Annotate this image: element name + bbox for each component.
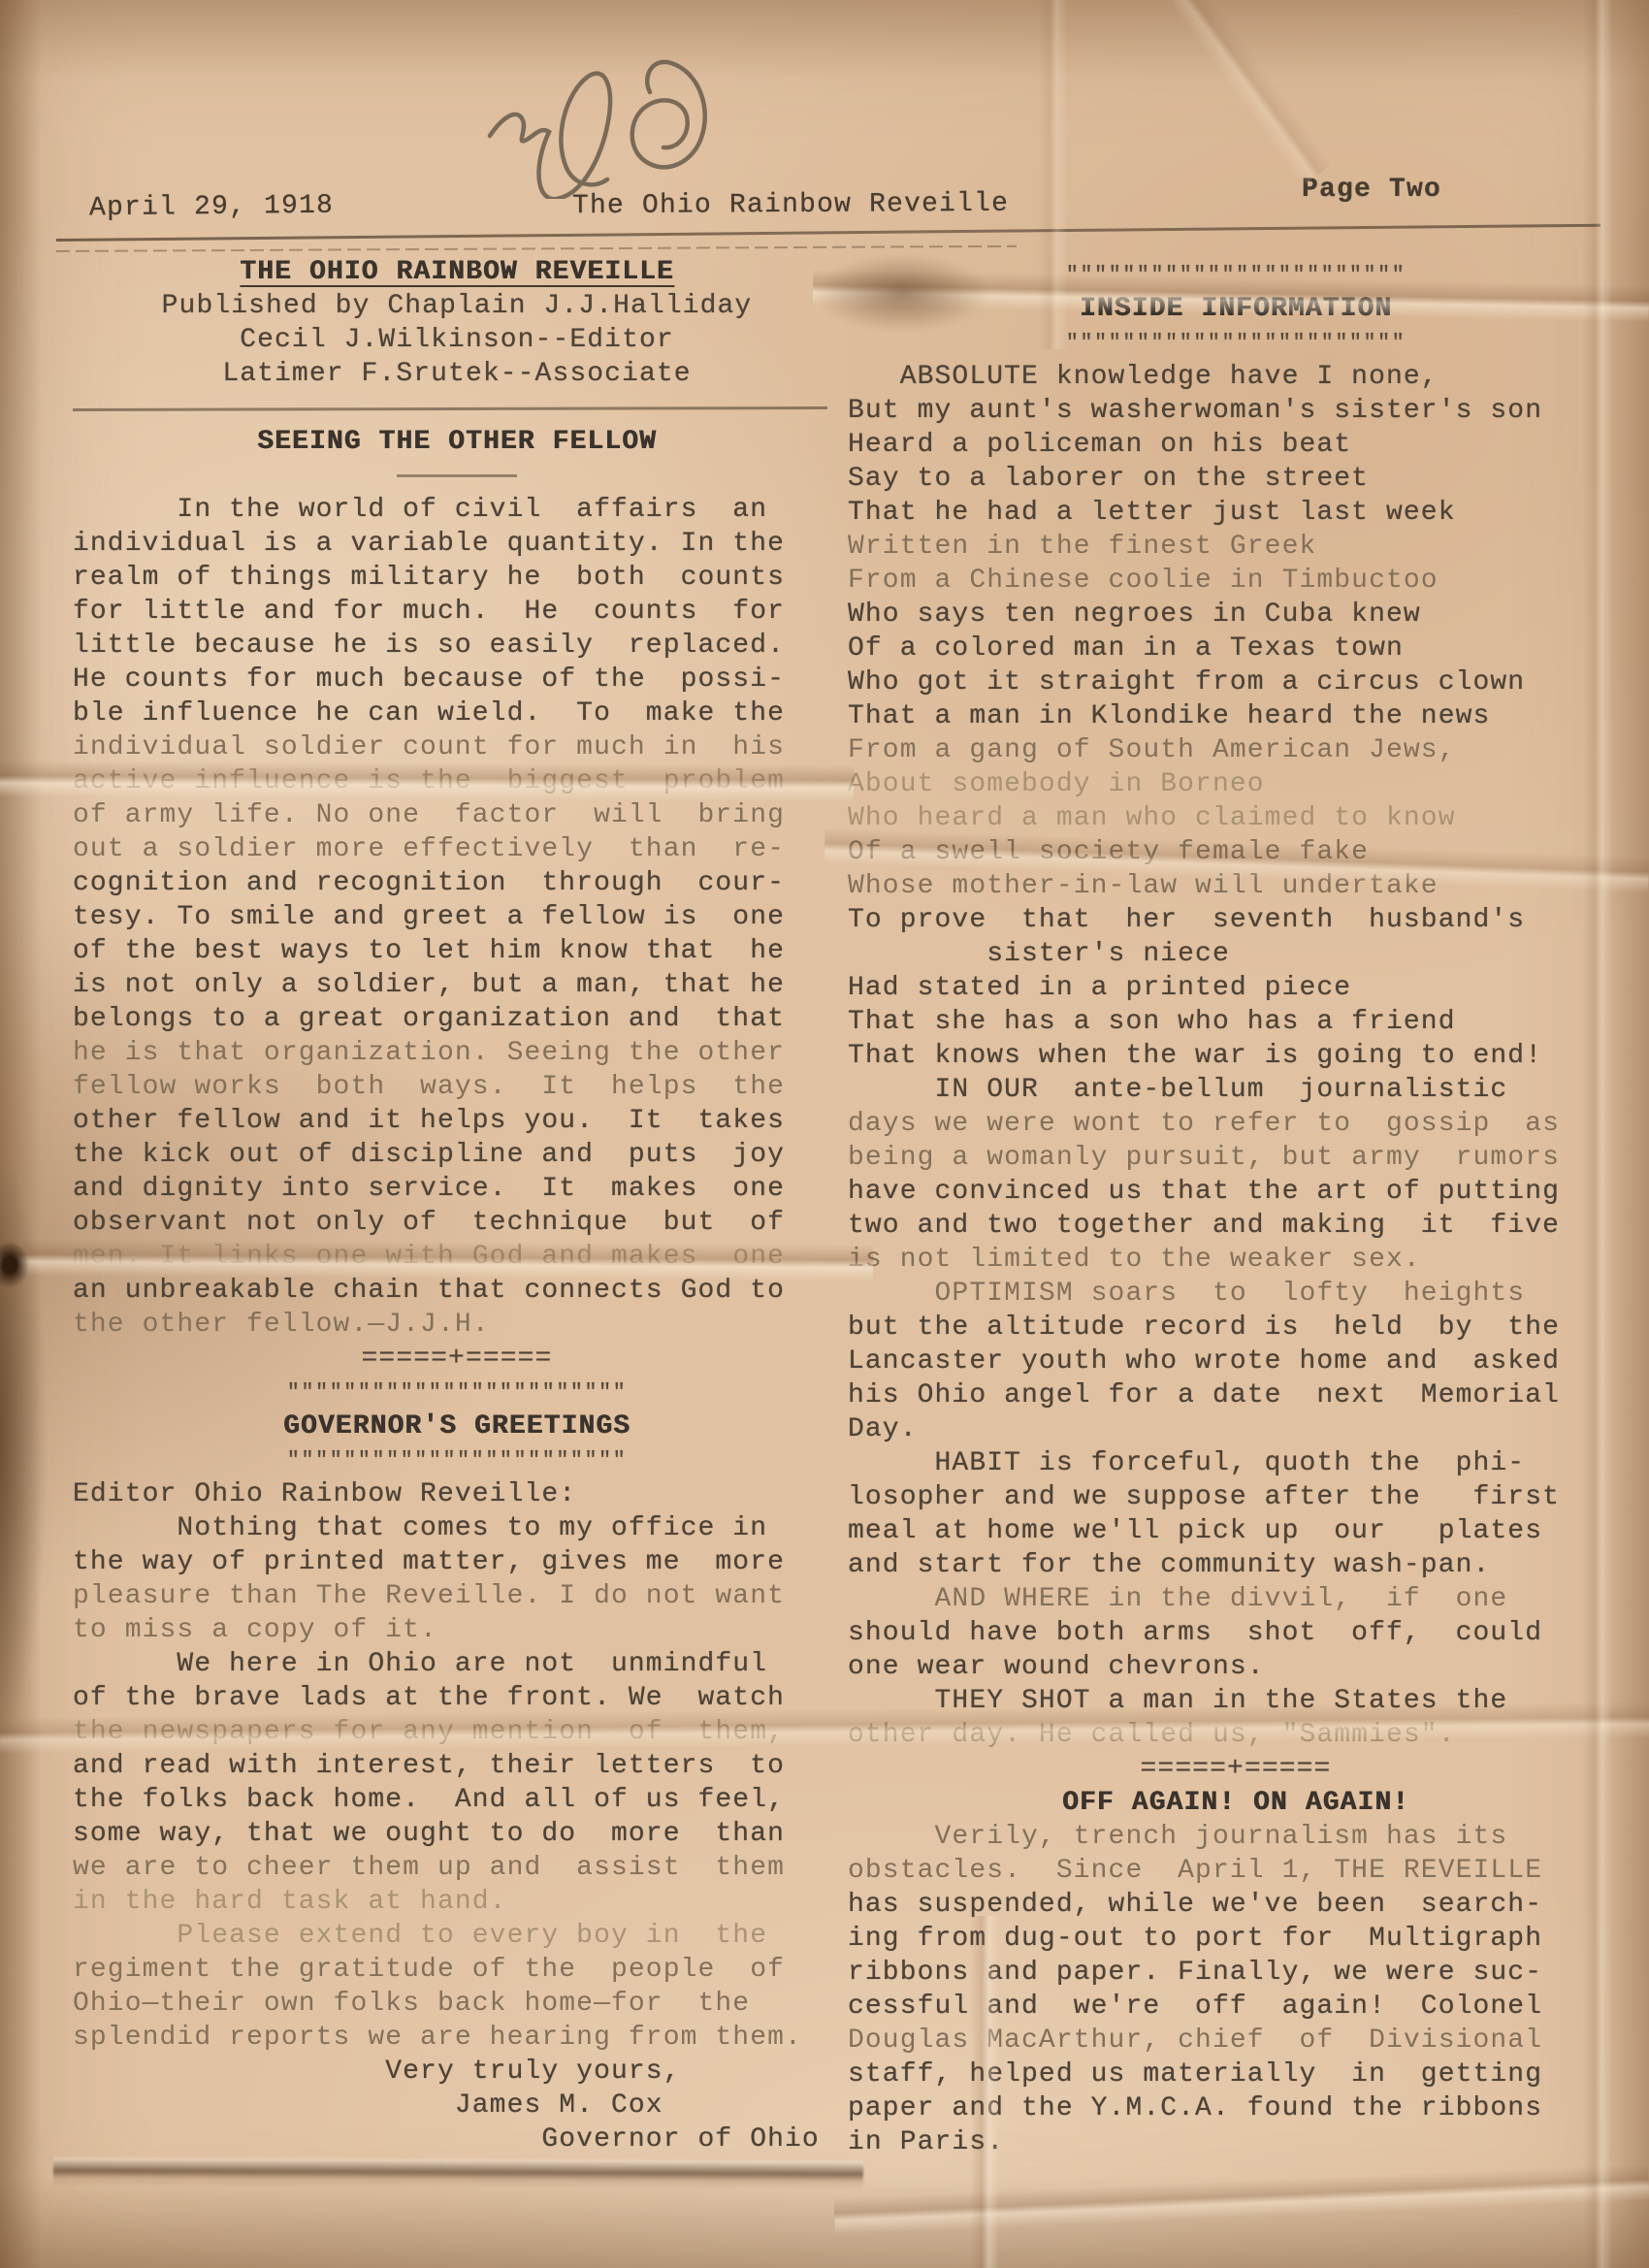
text-line: Had stated in a printed piece: [848, 971, 1624, 1005]
text-line: To prove that her seventh husband's: [848, 903, 1624, 937]
text-line: Very truly yours,: [73, 2055, 841, 2089]
text-line: individual is a variable quantity. In th…: [73, 527, 841, 561]
text-line: =====+=====: [848, 1752, 1624, 1786]
text-line: OFF AGAIN! ON AGAIN!: [848, 1786, 1624, 1820]
text-line: little because he is so easily replaced.: [73, 629, 841, 663]
header-rule: [56, 224, 1600, 242]
text-line: to miss a copy of it.: [73, 1613, 841, 1647]
text-line: the newspapers for any mention of them,: [73, 1715, 841, 1749]
paper-hole: [0, 1242, 29, 1288]
right-column: """"""""""""""""""""""""INSIDE INFORMATI…: [848, 258, 1624, 2159]
text-line: ribbons and paper. Finally, we were suc-: [848, 1956, 1624, 1990]
text-line: That he had a letter just last week: [848, 496, 1624, 530]
text-line: About somebody in Borneo: [848, 767, 1624, 801]
text-line: we are to cheer them up and assist them: [73, 1851, 841, 1885]
text-line: active influence is the biggest problem: [73, 764, 841, 798]
text-line: for little and for much. He counts for: [73, 595, 841, 629]
text-line: """""""""""""""""""""""": [73, 1443, 841, 1477]
text-line: That a man in Klondike heard the news: [848, 699, 1624, 733]
text-line: sister's niece: [848, 937, 1624, 971]
text-line: From a Chinese coolie in Timbuctoo: [848, 564, 1624, 598]
text-line: From a gang of South American Jews,: [848, 733, 1624, 767]
text-line: Who got it straight from a circus clown: [848, 665, 1624, 699]
text-line: IN OUR ante-bellum journalistic: [848, 1073, 1624, 1107]
text-line: observant not only of technique but of: [73, 1206, 841, 1240]
text-line: and start for the community wash-pan.: [848, 1548, 1624, 1582]
text-line: is not limited to the weaker sex.: [848, 1243, 1624, 1277]
text-line: ing from dug-out to port for Multigraph: [848, 1922, 1624, 1956]
text-line: fellow works both ways. It helps the: [73, 1070, 841, 1104]
text-line: SEEING THE OTHER FELLOW: [73, 425, 841, 459]
text-line: his Ohio angel for a date next Memorial: [848, 1378, 1624, 1412]
text-line: """""""""""""""""""""""": [848, 258, 1624, 292]
text-line: Latimer F.Srutek--Associate: [73, 357, 841, 391]
text-line: in Paris.: [848, 2125, 1624, 2159]
text-line: OPTIMISM soars to lofty heights: [848, 1277, 1624, 1311]
text-line: out a soldier more effectively than re-: [73, 832, 841, 866]
text-line: ble influence he can wield. To make the: [73, 697, 841, 730]
text-line: THEY SHOT a man in the States the: [848, 1684, 1624, 1718]
text-line: and read with interest, their letters to: [73, 1749, 841, 1783]
text-line: an unbreakable chain that connects God t…: [73, 1274, 841, 1308]
text-line: belongs to a great organization and that: [73, 1002, 841, 1036]
text-line: =====+=====: [73, 1342, 841, 1376]
fold-crease: [834, 2163, 1649, 2234]
text-line: losopher and we suppose after the first: [848, 1480, 1624, 1514]
text-line: Whose mother-in-law will undertake: [848, 869, 1624, 903]
text-line: meal at home we'll pick up our plates: [848, 1514, 1624, 1548]
text-line: Douglas MacArthur, chief of Divisional: [848, 2024, 1624, 2057]
text-line: tesy. To smile and greet a fellow is one: [73, 900, 841, 934]
text-line: days we were wont to refer to gossip as: [848, 1107, 1624, 1141]
text-line: being a womanly pursuit, but army rumors: [848, 1141, 1624, 1175]
edge-shadow: [0, 1145, 48, 1746]
text-line: is not only a soldier, but a man, that h…: [73, 968, 841, 1002]
left-column: THE OHIO RAINBOW REVEILLEPublished by Ch…: [73, 255, 841, 2156]
header-date: April 29, 1918: [89, 191, 334, 224]
corner-crease: [1131, 0, 1332, 186]
text-line: Who heard a man who claimed to know: [848, 801, 1624, 835]
text-line: of the brave lads at the front. We watch: [73, 1681, 841, 1715]
text-line: Please extend to every boy in the: [73, 1919, 841, 1953]
text-line: HABIT is forceful, quoth the phi-: [848, 1446, 1624, 1480]
text-line: Of a swell society female fake: [848, 835, 1624, 869]
text-line: men. It links one with God and makes one: [73, 1240, 841, 1274]
text-line: Written in the finest Greek: [848, 530, 1624, 564]
text-line: Heard a policeman on his beat: [848, 428, 1624, 462]
text-line: the other fellow.—J.J.H.: [73, 1308, 841, 1342]
text-line: individual soldier count for much in his: [73, 730, 841, 764]
torn-edge: [53, 2157, 863, 2190]
text-line: AND WHERE in the divvil, if one: [848, 1582, 1624, 1616]
header-title: The Ohio Rainbow Reveille: [572, 189, 1009, 221]
newsletter-page: April 29, 1918 The Ohio Rainbow Reveille…: [0, 0, 1649, 2268]
text-line: [73, 391, 841, 425]
text-line: We here in Ohio are not unmindful: [73, 1647, 841, 1681]
text-line: some way, that we ought to do more than: [73, 1817, 841, 1851]
text-line: Verily, trench journalism has its: [848, 1820, 1624, 1854]
text-line: That she has a son who has a friend: [848, 1005, 1624, 1039]
text-line: other fellow and it helps you. It takes: [73, 1104, 841, 1138]
text-line: splendid reports we are hearing from the…: [73, 2021, 841, 2055]
text-line: He counts for much because of the possi-: [73, 663, 841, 697]
text-line: Say to a laborer on the street: [848, 462, 1624, 496]
text-line: obstacles. Since April 1, THE REVEILLE: [848, 1854, 1624, 1888]
text-line: But my aunt's washerwoman's sister's son: [848, 394, 1624, 428]
text-line: have convinced us that the art of puttin…: [848, 1175, 1624, 1209]
text-line: Day.: [848, 1412, 1624, 1446]
text-line: Nothing that comes to my office in: [73, 1511, 841, 1545]
text-line: INSIDE INFORMATION: [848, 292, 1624, 326]
text-line: of army life. No one factor will bring: [73, 798, 841, 832]
text-line: Of a colored man in a Texas town: [848, 632, 1624, 665]
text-line: GOVERNOR'S GREETINGS: [73, 1409, 841, 1443]
text-line: Governor of Ohio: [73, 2122, 841, 2156]
text-line: paper and the Y.M.C.A. found the ribbons: [848, 2091, 1624, 2125]
text-line: In the world of civil affairs an: [73, 493, 841, 527]
text-line: the folks back home. And all of us feel,: [73, 1783, 841, 1817]
text-line: ABSOLUTE knowledge have I none,: [848, 360, 1624, 394]
text-line: """""""""""""""""""""""": [848, 326, 1624, 360]
text-line: Published by Chaplain J.J.Halliday: [73, 289, 841, 323]
text-line: Lancaster youth who wrote home and asked: [848, 1345, 1624, 1378]
text-line: in the hard task at hand.: [73, 1885, 841, 1919]
text-line: other day. He called us, "Sammies".: [848, 1718, 1624, 1752]
text-line: Who says ten negroes in Cuba knew: [848, 598, 1624, 632]
text-line: staff, helped us materially in getting: [848, 2057, 1624, 2091]
text-line: cessful and we're off again! Colonel: [848, 1990, 1624, 2024]
text-line: but the altitude record is held by the: [848, 1311, 1624, 1345]
text-line: James M. Cox: [73, 2089, 841, 2122]
text-line: Ohio—their own folks back home—for the: [73, 1987, 841, 2021]
text-line: and dignity into service. It makes one: [73, 1172, 841, 1206]
header-page-number: Page Two: [1302, 175, 1441, 205]
text-line: the kick out of discipline and puts joy: [73, 1138, 841, 1172]
text-line: two and two together and making it five: [848, 1209, 1624, 1243]
text-line: realm of things military he both counts: [73, 561, 841, 595]
text-line: cognition and recognition through cour-: [73, 866, 841, 900]
text-line: the way of printed matter, gives me more: [73, 1545, 841, 1579]
text-line: [73, 459, 841, 493]
text-line: """""""""""""""""""""""": [73, 1376, 841, 1409]
text-line: That knows when the war is going to end!: [848, 1039, 1624, 1073]
text-line: should have both arms shot off, could: [848, 1616, 1624, 1650]
text-line: one wear wound chevrons.: [848, 1650, 1624, 1684]
text-line: regiment the gratitude of the people of: [73, 1953, 841, 1987]
handwritten-mark: [466, 34, 815, 199]
text-line: of the best ways to let him know that he: [73, 934, 841, 968]
text-line: pleasure than The Reveille. I do not wan…: [73, 1579, 841, 1613]
header-rule-dashed: [56, 245, 1017, 252]
text-line: THE OHIO RAINBOW REVEILLE: [73, 255, 841, 289]
text-line: has suspended, while we've been search-: [848, 1888, 1624, 1922]
text-line: he is that organization. Seeing the othe…: [73, 1036, 841, 1070]
text-line: Cecil J.Wilkinson--Editor: [73, 323, 841, 357]
text-line: Editor Ohio Rainbow Reveille:: [73, 1477, 841, 1511]
